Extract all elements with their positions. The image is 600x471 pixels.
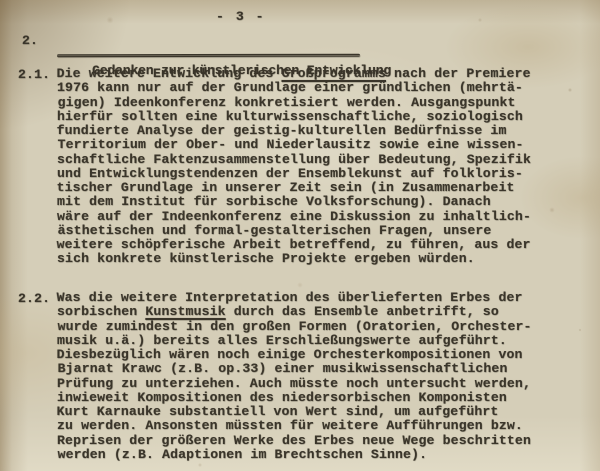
text-line: sich konkrete künstlerische Projekte erg… xyxy=(57,252,531,266)
text-line: werden (z.B. Adaptionen im Brechtschen S… xyxy=(58,448,532,462)
text-line: Kurt Karnauke substantiell von Wert sind… xyxy=(57,405,531,419)
text-line: tischer Grundlage in unserer Zeit sein (… xyxy=(57,181,531,195)
paragraph-2: 2.2.Was die weitere Interpretation des ü… xyxy=(18,291,531,462)
text-line: Territorium der Ober- und Niederlausitz … xyxy=(58,138,532,152)
text-line: weitere schöpferische Arbeit betreffend,… xyxy=(57,238,531,252)
text-line: Prüfung zu unterziehen. Auch müsste noch… xyxy=(57,377,531,391)
paragraph-1: 2.1.Die weitere Entwicklung des Großprog… xyxy=(18,67,531,267)
text-line: Bjarnat Krawc (z.B. op.33) einer musikwi… xyxy=(58,362,532,376)
underlined-word: Kunstmusik xyxy=(145,304,225,319)
text-line: und Entwicklungstendenzen der Ensembleku… xyxy=(57,167,531,181)
text-line: sorbischen Kunstmusik durch das Ensemble… xyxy=(57,305,531,319)
paragraph-lines: Was die weitere Interpretation des überl… xyxy=(57,291,531,462)
text-line: wäre auf der Indeenkonferenz eine Diskus… xyxy=(57,210,531,224)
text-line: wurde zumindest in den großen Formen (Or… xyxy=(58,320,532,334)
text-line: Die weitere Entwicklung des Großprogramm… xyxy=(57,67,531,81)
text-line: hierfür sollten eine kulturwissenschaftl… xyxy=(57,110,531,124)
text-line: 1976 kann nur auf der Grundlage einer gr… xyxy=(57,81,531,95)
text-line: zu werden. Ansonsten müssten für weitere… xyxy=(57,419,531,433)
document-page: - 3 - 2. Gedanken zur künstlerischen Ent… xyxy=(0,0,600,471)
text-line: Diesbezüglich wären noch einige Orcheste… xyxy=(57,348,531,362)
text-line: musik u.ä.) bereits alles Erschließungsw… xyxy=(57,334,531,348)
paragraph-lines: Die weitere Entwicklung des Großprogramm… xyxy=(57,67,531,267)
section-number: 2. xyxy=(22,33,38,48)
text-line: schaftliche Faktenzusammenstellung über … xyxy=(57,153,531,167)
text-line: gigen) Ideenkonferenz konkretisiert werd… xyxy=(58,96,532,110)
paragraph-number: 2.1. xyxy=(18,67,50,82)
text-line: mit dem Institut für sorbische Volksfors… xyxy=(57,195,531,209)
text-line: ästhetischen und formal-gestalterischen … xyxy=(58,224,532,238)
text-line: Was die weitere Interpretation des überl… xyxy=(57,291,531,305)
page-number: - 3 - xyxy=(216,9,266,24)
text-line: inwieweit Kompositionen des niedersorbis… xyxy=(57,391,531,405)
paragraph-number: 2.2. xyxy=(18,291,50,306)
text-line: fundierte Analyse der geistig-kulturelle… xyxy=(57,124,531,138)
text-line: Reprisen der größeren Werke des Erbes ne… xyxy=(57,434,531,448)
underlined-word: Großprogramms xyxy=(282,66,386,81)
